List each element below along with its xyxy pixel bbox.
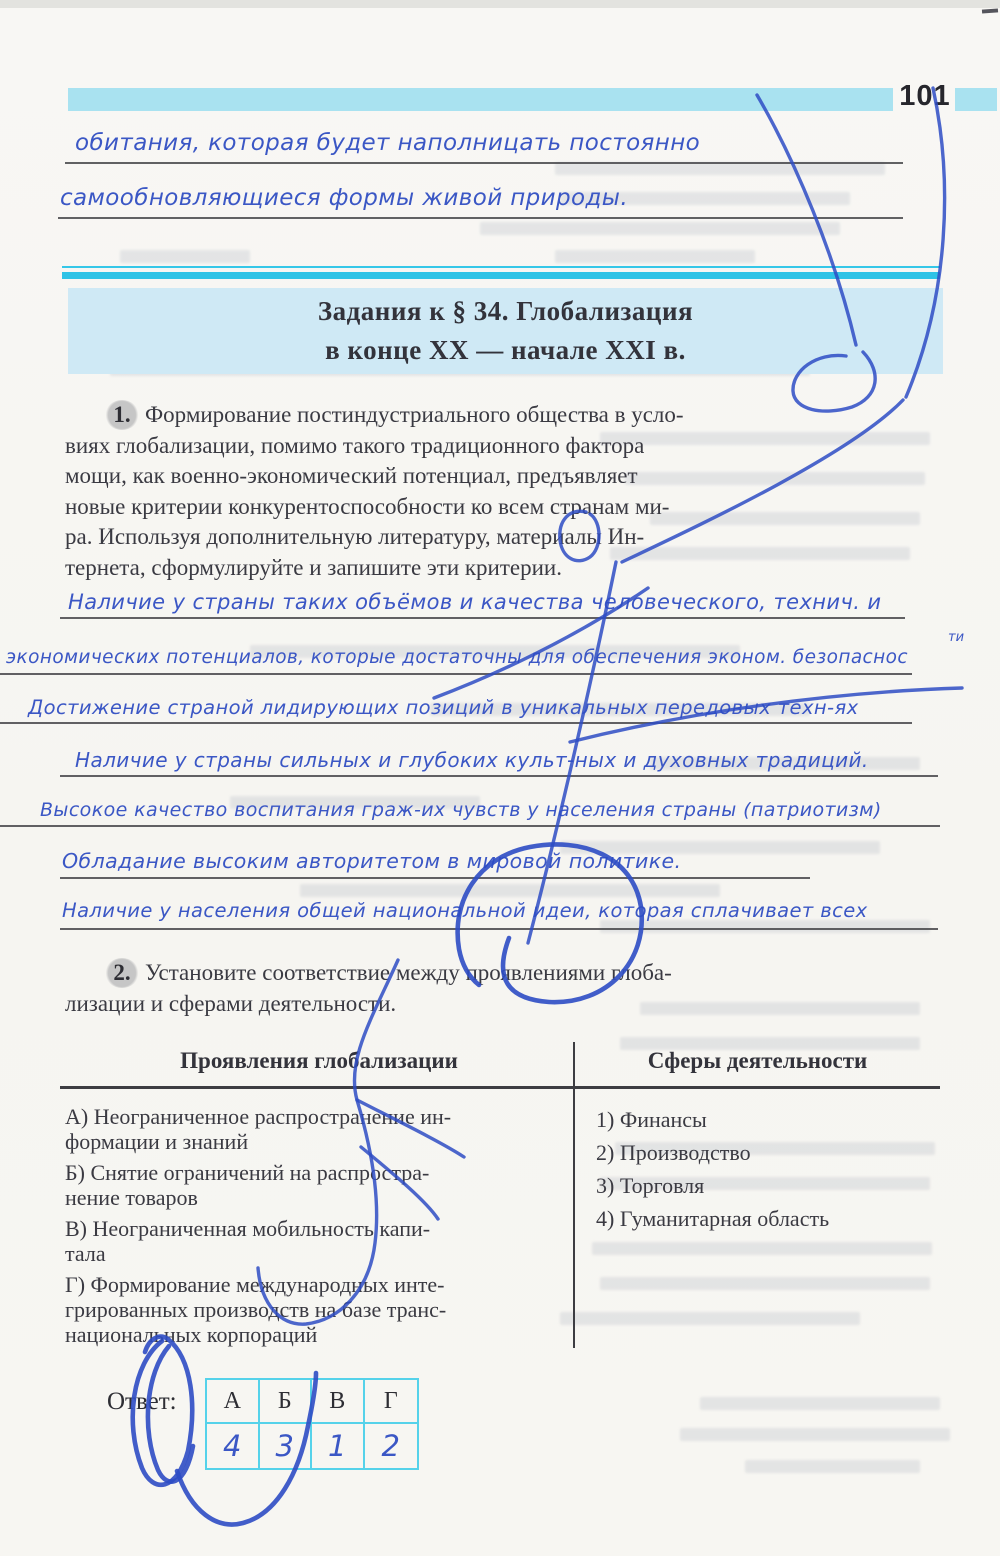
match-item-v: В) Неограниченная мобильность капи- тала [65,1216,565,1266]
match-item-b: Б) Снятие ограничений на распростра- нен… [65,1160,565,1210]
answer-line-text-3: Достижение страной лидирующих позиций в … [28,696,859,719]
answer-rule[interactable] [60,877,810,879]
answer-line-text-5: Высокое качество воспитания граж-их чувс… [40,799,882,821]
answer-line-2-superscript: ти [948,630,964,645]
match-right-header: Сферы деятельности [575,1048,940,1074]
match-right-items: 1) Финансы 2) Производство 3) Торговля 4… [596,1106,940,1238]
match-left-items: А) Неограниченное распространение ин- фо… [65,1104,565,1353]
answer-cell-v[interactable]: 1 [312,1424,365,1468]
task-1-text: Формирование постиндустриального обществ… [65,402,684,580]
match-item-g: Г) Формирование международных инте- грир… [65,1272,565,1347]
answer-grid-col-v: В [312,1380,365,1424]
answer-grid-col-g: Г [365,1380,418,1424]
answer-line-text-6: Обладание высоким авторитетом в мировой … [62,849,681,873]
header-band [68,88,893,111]
match-left-header: Проявления глобализации [65,1048,573,1074]
answer-grid: А Б В Г 4 3 1 2 [205,1378,419,1470]
answer-cell-g[interactable]: 2 [365,1424,418,1468]
task-2-text: Установите соответствие между проявления… [65,960,672,1016]
section-title-line-2: в конце XX — начале XXI в. [68,331,943,370]
ghost-text-line [300,884,720,897]
match-option-3: 3) Торговля [596,1172,940,1199]
answer-rule[interactable] [60,775,938,777]
match-item-a: А) Неограниченное распространение ин- фо… [65,1104,565,1154]
answer-line-text-2: экономических потенциалов, которые доста… [6,647,908,668]
section-title-line-1: Задания к § 34. Глобализация [68,292,943,331]
section-divider [62,272,940,279]
ghost-text-line [700,1397,940,1410]
ghost-text-line [120,250,250,263]
answer-rule[interactable] [60,928,938,930]
corner-mark [982,8,998,13]
section-divider [62,266,940,268]
task-2-number: 2. [105,958,139,988]
match-table-horizontal-rule [60,1086,940,1089]
answer-rule[interactable] [60,617,905,619]
task-1-number: 1. [105,400,139,430]
answer-cell-a[interactable]: 4 [207,1424,260,1468]
ghost-text-line [592,1242,932,1255]
answer-rule[interactable] [0,722,912,724]
handwritten-header-line-2: самообновляющиеся формы живой природы. [60,185,628,211]
match-option-1: 1) Финансы [596,1106,940,1133]
answer-rule[interactable] [0,825,940,827]
header-band-square [955,88,997,111]
ghost-text-line [555,250,755,263]
answer-rule[interactable] [65,162,903,164]
ghost-text-line [680,1428,950,1441]
task-1: 1.Формирование постиндустриального общес… [65,400,943,583]
ghost-text-line [600,1277,930,1290]
handwritten-header-line-1: обитания, которая будет наполницать пост… [75,130,700,156]
answer-rule[interactable] [0,673,912,675]
match-option-4: 4) Гуманитарная область [596,1205,940,1232]
match-option-2: 2) Производство [596,1139,940,1166]
section-title: Задания к § 34. Глобализация в конце XX … [68,288,943,374]
task-2: 2.Установите соответствие между проявлен… [65,958,943,1019]
answer-line-text-7: Наличие у населения общей национальной и… [62,899,868,922]
answer-cell-b[interactable]: 3 [260,1424,313,1468]
scan-edge-strip [0,0,1000,8]
page-number: 101 [896,80,954,113]
answer-grid-col-a: А [207,1380,260,1424]
answer-line-text-4: Наличие у страны сильных и глубоких куль… [75,748,869,772]
answer-grid-col-b: Б [260,1380,313,1424]
ghost-text-line [560,1312,860,1325]
answer-label: Ответ: [107,1388,177,1416]
answer-rule[interactable] [58,217,903,219]
answer-line-text-1: Наличие у страны таких объёмов и качеств… [68,590,881,614]
workbook-page: 101 обитания, которая будет наполницать … [0,0,1000,1556]
ghost-text-line [745,1460,920,1473]
ghost-text-line [480,222,840,235]
